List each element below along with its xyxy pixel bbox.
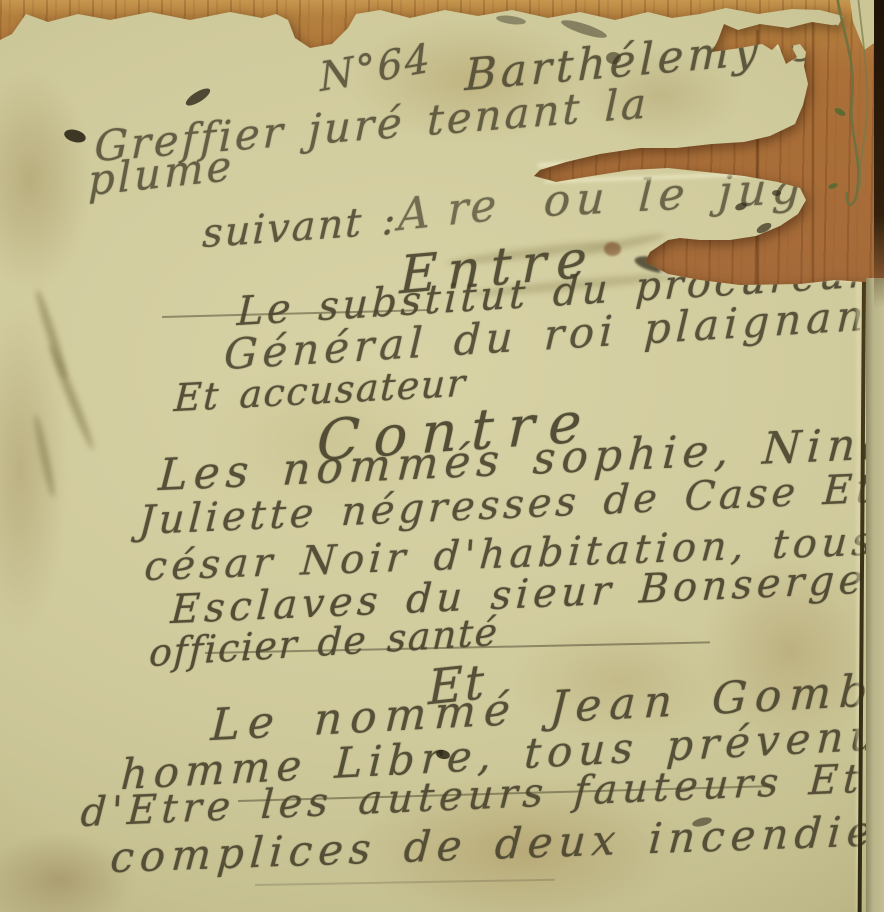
manuscript-page: N°64 Barthélemy C° Greffier juré tenant …: [0, 0, 884, 912]
adjacent-page-edge: [866, 278, 884, 912]
table-edge-shadow: [874, 0, 884, 308]
photo-vignette: [0, 0, 884, 912]
page-shadow-wrapper: N°64 Barthélemy C° Greffier juré tenant …: [0, 0, 884, 912]
photograph-of-manuscript: N°64 Barthélemy C° Greffier juré tenant …: [0, 0, 884, 912]
